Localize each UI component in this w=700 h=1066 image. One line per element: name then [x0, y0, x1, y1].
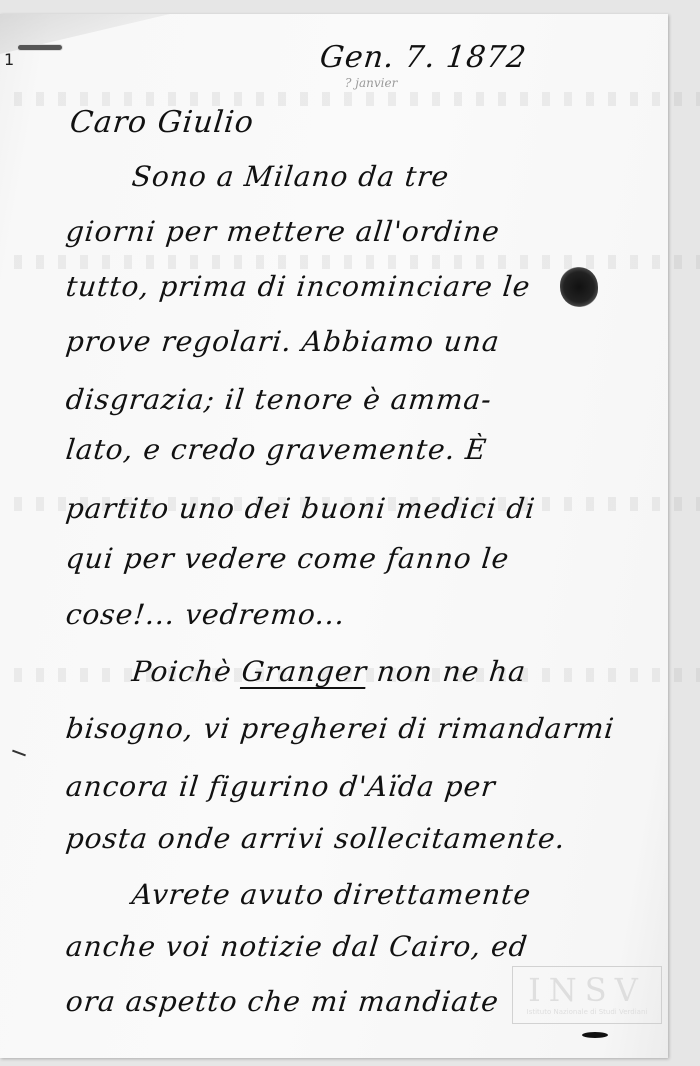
ink-bleed: [0, 255, 700, 269]
letter-line: anche voi notizie dal Cairo, ed: [64, 930, 529, 963]
letter-line: posta onde arrivi sollecitamente.: [64, 822, 567, 855]
letter-line: cose!... vedremo...: [64, 598, 347, 631]
letter-line: tutto, prima di incominciare le: [64, 270, 532, 303]
ink-blot: [560, 267, 598, 307]
ink-bleed: [0, 92, 700, 106]
letter-line: ancora il figurino d'Aïda per: [64, 770, 497, 803]
insv-watermark: INSV Istituto Nazionale di Studi Verdian…: [512, 966, 662, 1024]
letter-line: giorni per mettere all'ordine: [64, 215, 501, 248]
letter-line: lato, e credo gravemente. È: [64, 433, 488, 466]
letter-line: Avrete avuto direttamente: [130, 878, 533, 911]
watermark-letters: INSV: [528, 973, 646, 1007]
salutation: Caro Giulio: [68, 105, 256, 140]
letter-line: partito uno dei buoni medici di: [64, 492, 537, 525]
letter-line: ora aspetto che mi mandiate: [64, 985, 500, 1018]
underlined-word: Granger: [240, 655, 369, 688]
watermark-subtitle: Istituto Nazionale di Studi Verdiani: [527, 1007, 648, 1017]
page-turn-flourish-icon: [582, 1032, 608, 1038]
letter-line: bisogno, vi pregherei di rimandarmi: [64, 712, 616, 745]
letter-line: qui per vedere come fanno le: [64, 542, 511, 575]
page-number: 1: [4, 50, 14, 69]
staple-pin-icon: [18, 45, 62, 50]
date-annotation: ? janvier: [345, 76, 397, 90]
letter-line-text: Poichè Granger non ne ha: [130, 655, 527, 688]
letter-date: Gen. 7. 1872: [318, 40, 528, 75]
letter-line: prove regolari. Abbiamo una: [64, 325, 501, 358]
letter-line: Sono a Milano da tre: [130, 160, 451, 193]
letter-line-granger: Poichè Granger non ne ha: [130, 655, 527, 688]
letter-line: disgrazia; il tenore è amma-: [64, 383, 493, 416]
